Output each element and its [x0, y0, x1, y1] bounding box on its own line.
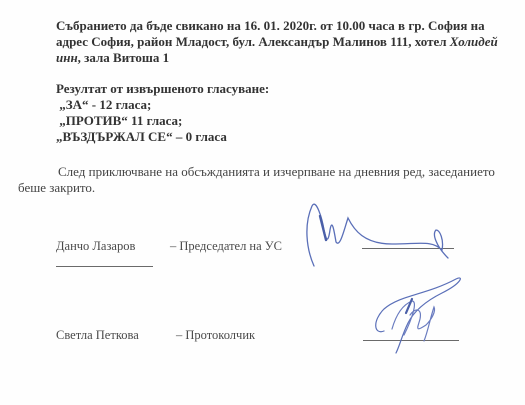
meeting-line-1: Събранието да бъде свикано на 16. 01. 20… — [56, 18, 485, 34]
meeting-line-2-text: адрес София, район Младост, бул. Алексан… — [56, 34, 450, 49]
vote-for: „ЗА“ - 12 гласа; — [56, 97, 151, 113]
vote-abstain: „ВЪЗДЪРЖАЛ СЕ“ – 0 гласа — [56, 129, 227, 145]
meeting-line-3: инн, зала Витоша 1 — [56, 50, 169, 66]
closing-line-2: беше закрито. — [18, 180, 95, 196]
document-page: Събранието да бъде свикано на 16. 01. 20… — [0, 0, 525, 405]
chair-underline — [56, 266, 153, 267]
voting-heading: Резултат от извършеното гласуване: — [56, 81, 269, 97]
hall-name: , зала Витоша 1 — [78, 50, 169, 65]
secretary-role: – Протоколчик — [176, 328, 255, 343]
hotel-name-part1: Холидей — [450, 34, 498, 49]
hotel-name-part2: инн — [56, 50, 78, 65]
secretary-name: Светла Петкова — [56, 328, 139, 343]
chair-role: – Председател на УС — [170, 239, 282, 254]
secretary-signature — [370, 275, 470, 355]
meeting-line-2: адрес София, район Младост, бул. Алексан… — [56, 34, 498, 50]
chair-signature — [300, 200, 460, 270]
closing-line-1: След приключване на обсъжданията и изчер… — [58, 164, 495, 180]
vote-against: „ПРОТИВ“ 11 гласа; — [56, 113, 182, 129]
chair-name: Данчо Лазаров — [56, 239, 135, 254]
